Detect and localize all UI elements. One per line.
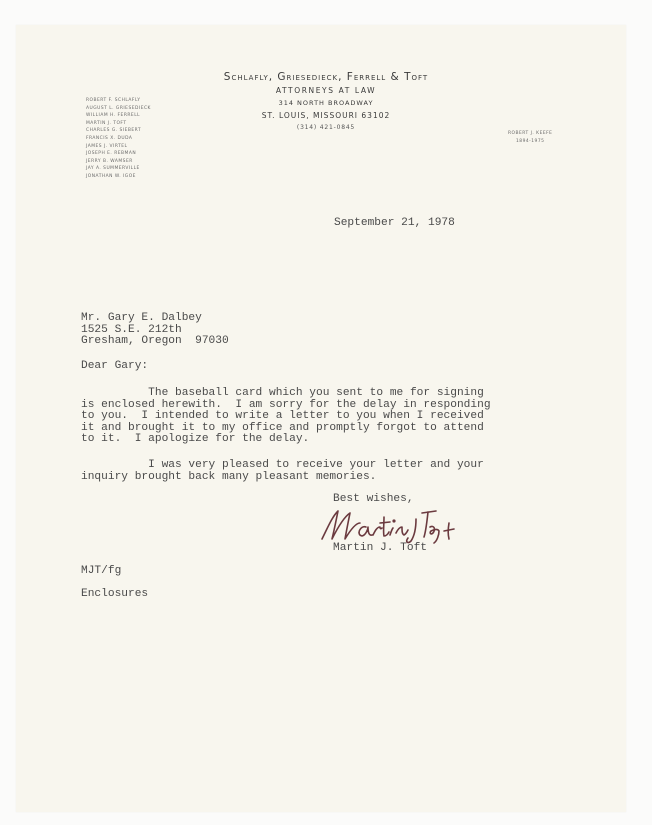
deceased-partner-name: Robert J. Keefe: [508, 130, 552, 138]
recipient-address: Mr. Gary E. Dalbey1525 S.E. 212thGresham…: [81, 313, 229, 348]
salutation: Dear Gary:: [81, 361, 148, 373]
partners-list: Robert F. Schlafly August L. Griesedieck…: [86, 97, 151, 181]
partner-name: William H. Ferrell: [86, 112, 151, 120]
partner-name: Francis X. Duda: [86, 135, 151, 143]
partner-name: August L. Griesedieck: [86, 105, 151, 113]
partner-name: Jerry B. Wamser: [86, 158, 151, 166]
signed-name: Martin J. Toft: [333, 543, 427, 555]
deceased-partner: Robert J. Keefe 1894-1975: [508, 130, 552, 146]
partner-name: Jonathan W. Igoe: [86, 173, 151, 181]
letter-date: September 21, 1978: [334, 218, 455, 230]
partner-name: James J. Virtel: [86, 143, 151, 151]
partner-name: Robert F. Schlafly: [86, 97, 151, 105]
firm-name: Schlafly, Griesedieck, Ferrell & Toft: [0, 71, 652, 83]
reference-initials: MJT/fg: [81, 566, 121, 578]
partner-name: Martin J. Toft: [86, 120, 151, 128]
partner-name: Joseph E. Rebman: [86, 150, 151, 158]
recipient-name: Mr. Gary E. Dalbey: [81, 313, 229, 325]
recipient-city: Gresham, Oregon 97030: [81, 336, 229, 348]
closing: Best wishes,: [333, 494, 414, 506]
body-paragraph-2: I was very pleased to receive your lette…: [81, 460, 484, 483]
firm-subtitle: ATTORNEYS AT LAW: [0, 86, 652, 95]
signature-icon: [318, 505, 468, 545]
partner-name: Charles G. Siebert: [86, 127, 151, 135]
partner-name: Jay A. Summerville: [86, 165, 151, 173]
enclosures-note: Enclosures: [81, 589, 148, 601]
deceased-partner-years: 1894-1975: [508, 138, 552, 146]
body-paragraph-1: The baseball card which you sent to me f…: [81, 388, 491, 446]
